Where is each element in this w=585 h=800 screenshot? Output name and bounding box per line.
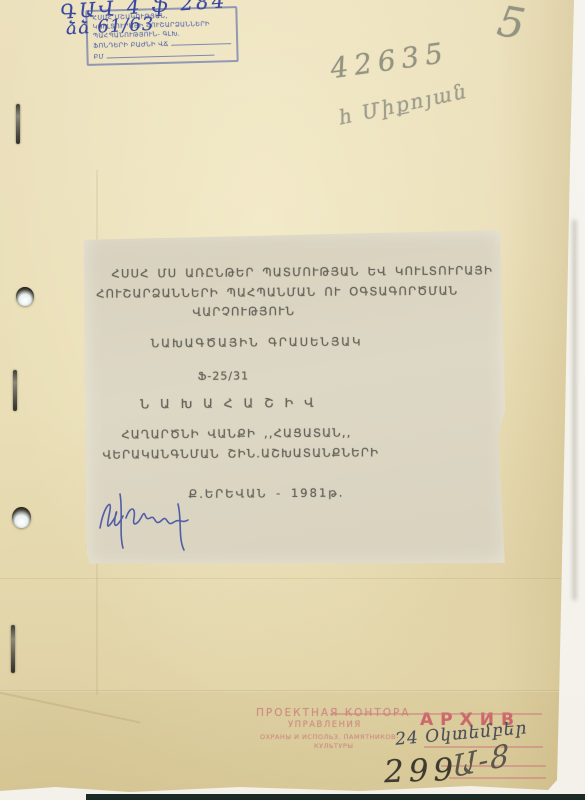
- bottom-stamp-line: ОХРАНЫ И ИСПОЛЬЗ. ПАМЯТНИКОВ-: [260, 733, 399, 741]
- scanner-bottom-strip: [86, 794, 585, 800]
- handwritten-inventory-number: 42635: [328, 36, 451, 85]
- label-place-year: Ք.ԵՐԵՎԱՆ - 1981թ.: [188, 486, 344, 501]
- staple: [11, 625, 15, 673]
- bottom-stamp-line: УПРАВЛЕНИЯ: [288, 720, 362, 730]
- stamp-rule-line: [330, 713, 542, 715]
- paper-sheet: ՀՍՍՀ ՄՇԱԿՈՒԹՅԱՆ, ԿՈՒԼՏՈՒՐԱՅԻ ՀՈՒՇԱՐՁԱՆՆԵ…: [0, 0, 585, 800]
- stamp-blank-line: [106, 48, 214, 58]
- stamp-line: ԲՄ: [93, 48, 231, 62]
- punch-hole: [12, 507, 31, 528]
- stamp-line-text: ԲՄ: [93, 53, 104, 60]
- label-document-title: Ն Ա Խ Ա Հ Ա Շ Ի Վ: [140, 395, 316, 412]
- label-office-line: ՆԱԽԱԳԾԱՅԻՆ ԳՐԱՍԵՆՅԱԿ: [151, 334, 363, 350]
- staple: [16, 104, 20, 144]
- punch-hole: [16, 287, 34, 306]
- label-subject-line1: ՀԱՂԱՐԾՆԻ ՎԱՆՔԻ ,,ՀԱՑԱՏԱՆ,,: [121, 426, 351, 442]
- label-subject-line2: ՎԵՐԱԿԱՆԳՆՄԱՆ ՇԻՆ.ԱՇԽԱՏԱՆՔՆԵՐԻ: [102, 445, 379, 461]
- paper-right-shading: [498, 0, 574, 800]
- crease-line: [0, 690, 585, 692]
- scanned-archive-cover: ՀՍՍՀ ՄՇԱԿՈՒԹՅԱՆ, ԿՈՒԼՏՈՒՐԱՅԻ ՀՈՒՇԱՐՁԱՆՆԵ…: [0, 0, 585, 800]
- label-institution-line2: ՀՈՒՇԱՐՁԱՆՆԵՐԻ ՊԱՀՊԱՆՄԱՆ ՈՒ ՕԳՏԱԳՈՐԾՄԱՆ: [96, 284, 458, 301]
- handwritten-pencil-note: հ Միքոյան: [337, 79, 470, 130]
- crease-line: [0, 578, 585, 579]
- bottom-stamp-line: КУЛЬТУРЫ: [314, 742, 354, 750]
- handwritten-archive-number: 299: [383, 752, 458, 791]
- label-institution-line3: ՎԱՐՉՈՒԹՅՈՒՆ: [192, 304, 295, 319]
- scanner-edge-shadow: [573, 220, 576, 600]
- label-institution-line1: ՀՍՍՀ ՄՍ ԱՌԸՆԹԵՐ ՊԱՏՄՈՒԹՅԱՆ ԵՎ ԿՈՒԼՏՈՒՐԱՅ…: [111, 263, 493, 280]
- staple: [13, 370, 17, 411]
- label-file-number: Ֆ-25/31: [198, 369, 249, 382]
- handwritten-signature: [90, 476, 210, 554]
- stamp-blank-line: [171, 38, 231, 47]
